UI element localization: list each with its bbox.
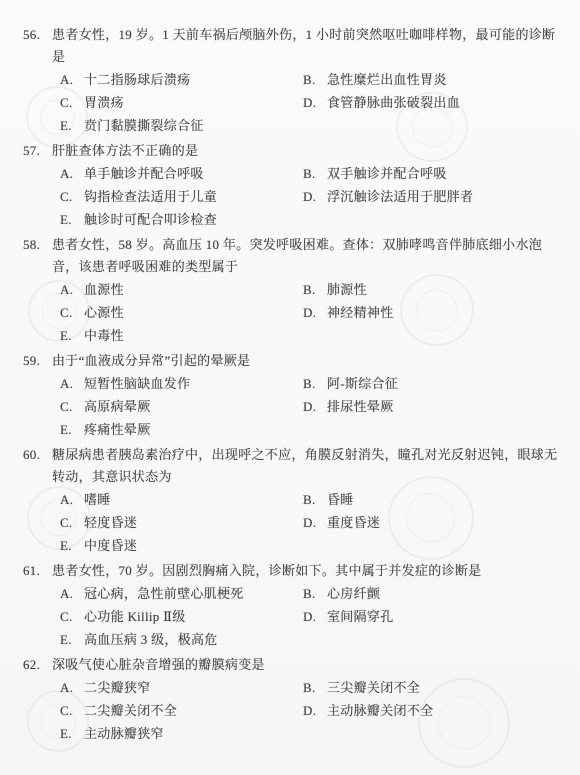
option-a: A.嗜睡: [60, 488, 303, 511]
option-a: A.二尖瓣狭窄: [60, 676, 303, 699]
option-text: 嗜睡: [84, 492, 111, 507]
option-a: A.单手触诊并配合呼吸: [60, 162, 303, 185]
option-d: D.浮沉触诊法适用于肥胖者: [303, 185, 566, 208]
option-b: B.急性糜烂出血性胃炎: [303, 68, 566, 91]
option-label: E.: [60, 628, 84, 651]
option-label: A.: [60, 68, 84, 91]
question-stem: 深吸气使心脏杂音增强的瓣膜病变是: [52, 657, 265, 672]
options-grid: A.单手触诊并配合呼吸 B.双手触诊并配合呼吸 C.钩指检查法适用于儿童 D.浮…: [0, 162, 566, 231]
option-label: E.: [60, 324, 84, 347]
option-label: D.: [303, 699, 327, 722]
question-stem: 患者女性，19 岁。1 天前车祸后颅脑外伤，1 小时前突然呕吐咖啡样物，最可能的…: [52, 27, 555, 64]
option-label: C.: [60, 699, 84, 722]
option-text: 钩指检查法适用于儿童: [84, 189, 217, 204]
option-text: 阿-斯综合征: [327, 376, 398, 391]
question-number: 56.: [23, 24, 40, 46]
option-d: D.食管静脉曲张破裂出血: [303, 91, 566, 114]
question-number: 58.: [23, 234, 40, 256]
option-c: C.心功能 Killip Ⅱ级: [60, 605, 303, 628]
options-grid: A.二尖瓣狭窄 B.三尖瓣关闭不全 C.二尖瓣关闭不全 D.主动脉瓣关闭不全 E…: [0, 676, 566, 745]
option-label: E.: [60, 534, 84, 557]
option-text: 昏睡: [327, 492, 354, 507]
option-text: 十二指肠球后溃疡: [84, 72, 190, 87]
option-text: 心源性: [84, 305, 124, 320]
option-text: 高原病晕厥: [84, 399, 151, 414]
options-grid: A.嗜睡 B.昏睡 C.轻度昏迷 D.重度昏迷 E.中度昏迷: [0, 488, 566, 557]
question-57: 57. 肝脏查体方法不正确的是 A.单手触诊并配合呼吸 B.双手触诊并配合呼吸 …: [0, 140, 566, 231]
option-text: 双手触诊并配合呼吸: [327, 166, 447, 181]
option-label: B.: [303, 278, 327, 301]
question-stem: 患者女性，70 岁。因剧烈胸痛入院，诊断如下。其中属于并发症的诊断是: [52, 563, 481, 578]
option-label: C.: [60, 301, 84, 324]
option-text: 神经精神性: [327, 305, 394, 320]
option-label: B.: [303, 582, 327, 605]
option-b: B.肺源性: [303, 278, 566, 301]
option-e: E.贲门黏膜撕裂综合征: [60, 114, 303, 137]
question-stem: 肝脏查体方法不正确的是: [52, 143, 198, 158]
option-label: D.: [303, 605, 327, 628]
option-text: 肺源性: [327, 282, 367, 297]
option-c: C.钩指检查法适用于儿童: [60, 185, 303, 208]
question-58: 58. 患者女性，58 岁。高血压 10 年。突发呼吸困难。查体：双肺哮鸣音伴肺…: [0, 234, 566, 347]
options-grid: A.十二指肠球后溃疡 B.急性糜烂出血性胃炎 C.胃溃疡 D.食管静脉曲张破裂出…: [0, 68, 566, 137]
option-text: 主动脉瓣狭窄: [84, 726, 164, 741]
option-text: 室间隔穿孔: [327, 609, 394, 624]
option-text: 疼痛性晕厥: [84, 422, 151, 437]
option-b: B.昏睡: [303, 488, 566, 511]
option-b: B.心房纤颤: [303, 582, 566, 605]
option-label: A.: [60, 162, 84, 185]
option-text: 三尖瓣关闭不全: [327, 680, 420, 695]
option-c: C.胃溃疡: [60, 91, 303, 114]
option-label: B.: [303, 68, 327, 91]
option-text: 触诊时可配合叩诊检查: [84, 212, 217, 227]
option-label: D.: [303, 511, 327, 534]
option-label: D.: [303, 395, 327, 418]
option-label: D.: [303, 185, 327, 208]
option-text: 二尖瓣关闭不全: [84, 703, 177, 718]
option-e: E.主动脉瓣狭窄: [60, 722, 303, 745]
exam-page: 56. 患者女性，19 岁。1 天前车祸后颅脑外伤，1 小时前突然呕吐咖啡样物，…: [0, 0, 580, 775]
option-label: A.: [60, 488, 84, 511]
option-label: E.: [60, 722, 84, 745]
question-60: 60. 糖尿病患者胰岛素治疗中，出现呼之不应，角膜反射消失，瞳孔对光反射迟钝，眼…: [0, 444, 566, 557]
option-c: C.高原病晕厥: [60, 395, 303, 418]
option-b: B.三尖瓣关闭不全: [303, 676, 566, 699]
option-b: B.阿-斯综合征: [303, 372, 566, 395]
question-number: 59.: [23, 350, 40, 372]
question-56: 56. 患者女性，19 岁。1 天前车祸后颅脑外伤，1 小时前突然呕吐咖啡样物，…: [0, 24, 566, 137]
option-label: C.: [60, 511, 84, 534]
option-text: 重度昏迷: [327, 515, 380, 530]
option-label: C.: [60, 91, 84, 114]
option-d: D.神经精神性: [303, 301, 566, 324]
option-text: 轻度昏迷: [84, 515, 137, 530]
option-text: 二尖瓣狭窄: [84, 680, 151, 695]
question-62: 62. 深吸气使心脏杂音增强的瓣膜病变是 A.二尖瓣狭窄 B.三尖瓣关闭不全 C…: [0, 654, 566, 745]
option-text: 胃溃疡: [84, 95, 124, 110]
option-label: A.: [60, 676, 84, 699]
option-label: D.: [303, 91, 327, 114]
option-text: 中毒性: [84, 328, 124, 343]
option-a: A.血源性: [60, 278, 303, 301]
option-e: E.触诊时可配合叩诊检查: [60, 208, 303, 231]
option-c: C.心源性: [60, 301, 303, 324]
question-stem: 患者女性，58 岁。高血压 10 年。突发呼吸困难。查体：双肺哮鸣音伴肺底细小水…: [52, 237, 542, 274]
option-e: E.高血压病 3 级，极高危: [60, 628, 303, 651]
option-label: E.: [60, 208, 84, 231]
option-a: A.十二指肠球后溃疡: [60, 68, 303, 91]
option-label: B.: [303, 162, 327, 185]
option-e: E.疼痛性晕厥: [60, 418, 303, 441]
option-text: 食管静脉曲张破裂出血: [327, 95, 460, 110]
options-grid: A.短暂性脑缺血发作 B.阿-斯综合征 C.高原病晕厥 D.排尿性晕厥 E.疼痛…: [0, 372, 566, 441]
option-text: 浮沉触诊法适用于肥胖者: [327, 189, 473, 204]
options-grid: A.血源性 B.肺源性 C.心源性 D.神经精神性 E.中毒性: [0, 278, 566, 347]
option-label: D.: [303, 301, 327, 324]
option-label: C.: [60, 185, 84, 208]
options-grid: A.冠心病，急性前壁心肌梗死 B.心房纤颤 C.心功能 Killip Ⅱ级 D.…: [0, 582, 566, 651]
question-number: 60.: [23, 444, 40, 466]
option-d: D.室间隔穿孔: [303, 605, 566, 628]
option-label: B.: [303, 372, 327, 395]
option-b: B.双手触诊并配合呼吸: [303, 162, 566, 185]
question-stem: 由于“血液成分异常”引起的晕厥是: [52, 353, 250, 368]
option-label: E.: [60, 418, 84, 441]
question-61: 61. 患者女性，70 岁。因剧烈胸痛入院，诊断如下。其中属于并发症的诊断是 A…: [0, 560, 566, 651]
option-a: A.短暂性脑缺血发作: [60, 372, 303, 395]
option-label: E.: [60, 114, 84, 137]
question-number: 57.: [23, 140, 40, 162]
option-text: 短暂性脑缺血发作: [84, 376, 190, 391]
option-text: 心房纤颤: [327, 586, 380, 601]
option-d: D.排尿性晕厥: [303, 395, 566, 418]
option-label: B.: [303, 488, 327, 511]
option-c: C.轻度昏迷: [60, 511, 303, 534]
option-text: 冠心病，急性前壁心肌梗死: [84, 586, 244, 601]
option-d: D.重度昏迷: [303, 511, 566, 534]
option-d: D.主动脉瓣关闭不全: [303, 699, 566, 722]
option-e: E.中毒性: [60, 324, 303, 347]
option-label: C.: [60, 605, 84, 628]
option-text: 高血压病 3 级，极高危: [84, 632, 218, 647]
question-number: 61.: [23, 560, 40, 582]
option-text: 主动脉瓣关闭不全: [327, 703, 433, 718]
option-e: E.中度昏迷: [60, 534, 303, 557]
option-c: C.二尖瓣关闭不全: [60, 699, 303, 722]
option-text: 排尿性晕厥: [327, 399, 394, 414]
question-stem: 糖尿病患者胰岛素治疗中，出现呼之不应，角膜反射消失，瞳孔对光反射迟钝，眼球无转动…: [52, 447, 557, 484]
option-label: A.: [60, 372, 84, 395]
option-a: A.冠心病，急性前壁心肌梗死: [60, 582, 303, 605]
option-text: 贲门黏膜撕裂综合征: [84, 118, 204, 133]
option-label: C.: [60, 395, 84, 418]
option-text: 急性糜烂出血性胃炎: [327, 72, 447, 87]
option-label: A.: [60, 582, 84, 605]
option-text: 单手触诊并配合呼吸: [84, 166, 204, 181]
question-59: 59. 由于“血液成分异常”引起的晕厥是 A.短暂性脑缺血发作 B.阿-斯综合征…: [0, 350, 566, 441]
option-text: 中度昏迷: [84, 538, 137, 553]
option-text: 心功能 Killip Ⅱ级: [84, 609, 186, 624]
option-text: 血源性: [84, 282, 124, 297]
option-label: B.: [303, 676, 327, 699]
option-label: A.: [60, 278, 84, 301]
question-number: 62.: [23, 654, 40, 676]
